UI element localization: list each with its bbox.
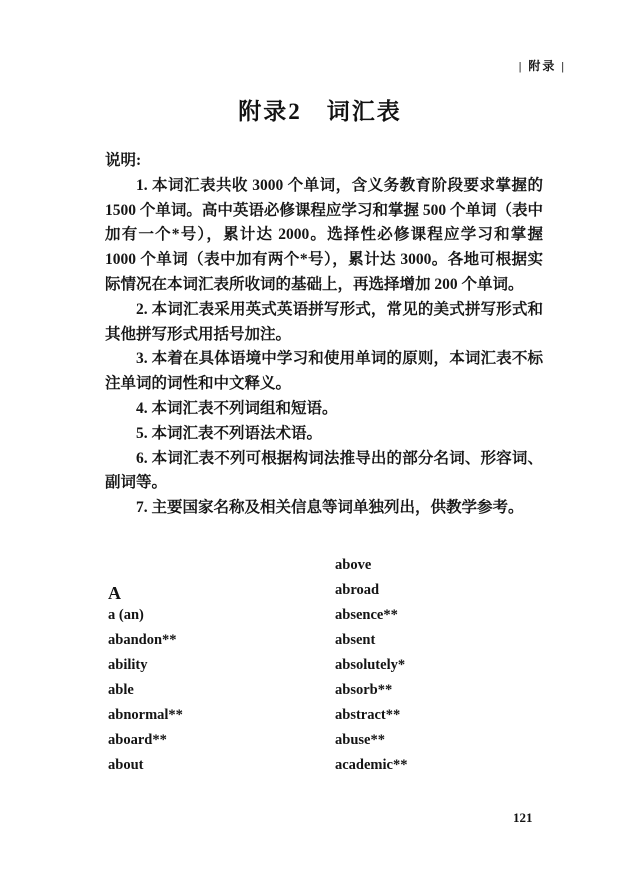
- note-item-1: 1. 本词汇表共收 3000 个单词，含义务教育阶段要求掌握的 1500 个单词…: [105, 174, 543, 298]
- word-left: able: [108, 682, 335, 699]
- note-item-4: 4. 本词汇表不列词组和短语。: [105, 397, 543, 422]
- note-item-6: 6. 本词汇表不列可根据构词法推导出的部分名词、形容词、副词等。: [105, 447, 543, 497]
- document-page: | 附录 | 附录2 词汇表 说明: 1. 本词汇表共收 3000 个单词，含义…: [0, 0, 640, 896]
- word-right: abstract**: [335, 707, 548, 724]
- word-right: above: [335, 557, 548, 574]
- word-right: abuse**: [335, 732, 548, 749]
- word-row: abnormal** abstract**: [108, 707, 548, 732]
- word-row: abandon** absent: [108, 632, 548, 657]
- word-left: a (an): [108, 607, 335, 624]
- page-title: 附录2 词汇表: [0, 93, 640, 126]
- word-row: A abroad: [108, 582, 548, 607]
- word-row: a (an) absence**: [108, 607, 548, 632]
- word-row: aboard** abuse**: [108, 732, 548, 757]
- notes-section: 说明: 1. 本词汇表共收 3000 个单词，含义务教育阶段要求掌握的 1500…: [105, 149, 543, 521]
- word-right: absorb**: [335, 682, 548, 699]
- note-item-3: 3. 本着在具体语境中学习和使用单词的原则，本词汇表不标注单词的词性和中文释义。: [105, 347, 543, 397]
- running-header: | 附录 |: [519, 57, 566, 74]
- word-right: absolutely*: [335, 657, 548, 674]
- word-right: academic**: [335, 757, 548, 774]
- note-item-5: 5. 本词汇表不列语法术语。: [105, 422, 543, 447]
- word-left: abnormal**: [108, 707, 335, 724]
- page-number: 121: [513, 810, 533, 826]
- vocabulary-list: above A abroad a (an) absence** abandon*…: [108, 557, 548, 782]
- section-letter-a: A: [108, 582, 335, 604]
- note-item-2: 2. 本词汇表采用英式英语拼写形式，常见的美式拼写形式和其他拼写形式用括号加注。: [105, 298, 543, 348]
- word-left: about: [108, 757, 335, 774]
- word-left: aboard**: [108, 732, 335, 749]
- word-right: absence**: [335, 607, 548, 624]
- word-row: able absorb**: [108, 682, 548, 707]
- word-row: ability absolutely*: [108, 657, 548, 682]
- word-right: abroad: [335, 582, 548, 599]
- word-right: absent: [335, 632, 548, 649]
- word-row: above: [108, 557, 548, 582]
- word-left: ability: [108, 657, 335, 674]
- word-row: about academic**: [108, 757, 548, 782]
- word-left: abandon**: [108, 632, 335, 649]
- notes-heading: 说明:: [105, 149, 543, 174]
- note-item-7: 7. 主要国家名称及相关信息等词单独列出，供教学参考。: [105, 496, 543, 521]
